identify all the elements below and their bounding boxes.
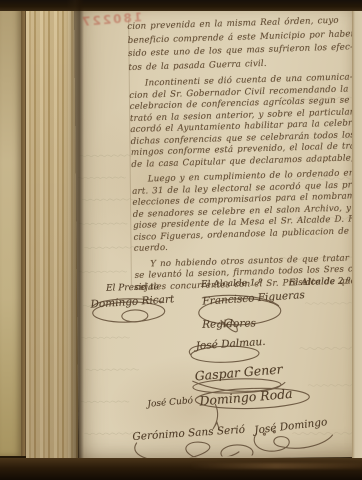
next-page-edge: [352, 6, 362, 458]
handwriting-layer: cion prevenida en la misma Real órden, c…: [74, 0, 362, 460]
table-shadow-bottom: [0, 458, 362, 480]
gutter-shadow: [66, 0, 84, 480]
book-cover-edge: [0, 4, 22, 456]
background-shadow-top: [0, 0, 362, 11]
signature-flourishes: [74, 0, 362, 460]
manuscript-page: 180227: [74, 3, 359, 460]
table-highlight: [190, 463, 362, 469]
manuscript-photo: 180227: [0, 0, 362, 480]
